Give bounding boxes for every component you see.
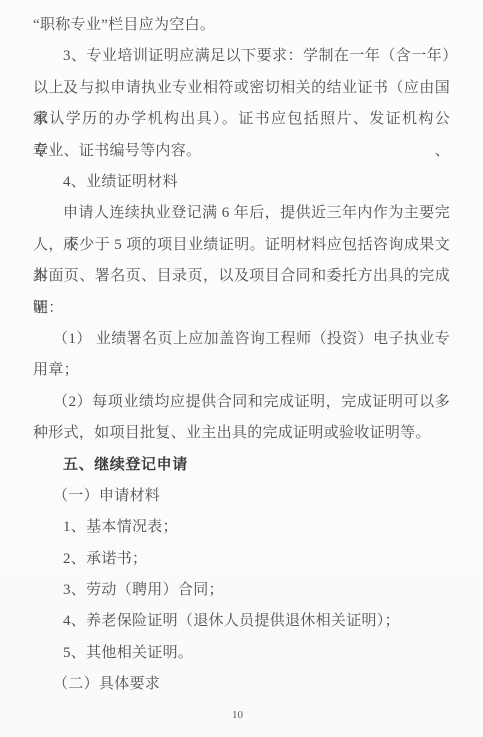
text-line: 4、养老保险证明（退休人员提供退休相关证明）； — [33, 606, 450, 637]
text-line: 3、劳动（聘用）合同； — [33, 575, 450, 606]
document-page: “职称专业”栏目应为空白。3、专业培训证明应满足以下要求：学制在一年（含一年）及… — [0, 0, 483, 737]
text-line: 2、承诺书； — [33, 544, 450, 575]
text-line: （一）申请材料 — [33, 481, 450, 512]
page-number: 10 — [0, 709, 475, 721]
text-line: 用章； — [33, 355, 450, 386]
text-line: （1） 业绩署名页上应加盖咨询工程师（投资）电子执业专 — [33, 324, 450, 355]
text-line: 封面页、署名页、目录页，以及项目合同和委托方出具的完成证 — [33, 261, 450, 292]
text-line: 以上、与拟申请执业专业相符或密切相关的结业证书（应由国家 — [33, 73, 450, 104]
text-line: 种形式，如项目批复、业主出具的完成证明或验收证明等。 — [33, 418, 450, 449]
text-line: 五、继续登记申请 — [33, 449, 450, 480]
text-line: “职称专业”栏目应为空白。 — [33, 10, 450, 41]
text-line: 承认学历的办学机构出具）。证书应包括照片、发证机构公章、 — [33, 104, 450, 135]
text-line: 人，不少于 5 项的项目业绩证明。证明材料应包括咨询成果文本 — [33, 230, 450, 261]
document-body: “职称专业”栏目应为空白。3、专业培训证明应满足以下要求：学制在一年（含一年）及… — [33, 10, 450, 701]
text-line: 1、基本情况表； — [33, 512, 450, 543]
text-line: 3、专业培训证明应满足以下要求：学制在一年（含一年）及 — [33, 41, 450, 72]
text-line: 申请人连续执业登记满 6 年后，提供近三年内作为主要完成 — [33, 198, 450, 229]
text-line: （二）具体要求 — [33, 669, 450, 700]
text-line: （2）每项业绩均应提供合同和完成证明，完成证明可以多 — [33, 387, 450, 418]
text-line: 明： — [33, 293, 450, 324]
text-line: 4、业绩证明材料 — [33, 167, 450, 198]
text-line: 5、其他相关证明。 — [33, 638, 450, 669]
